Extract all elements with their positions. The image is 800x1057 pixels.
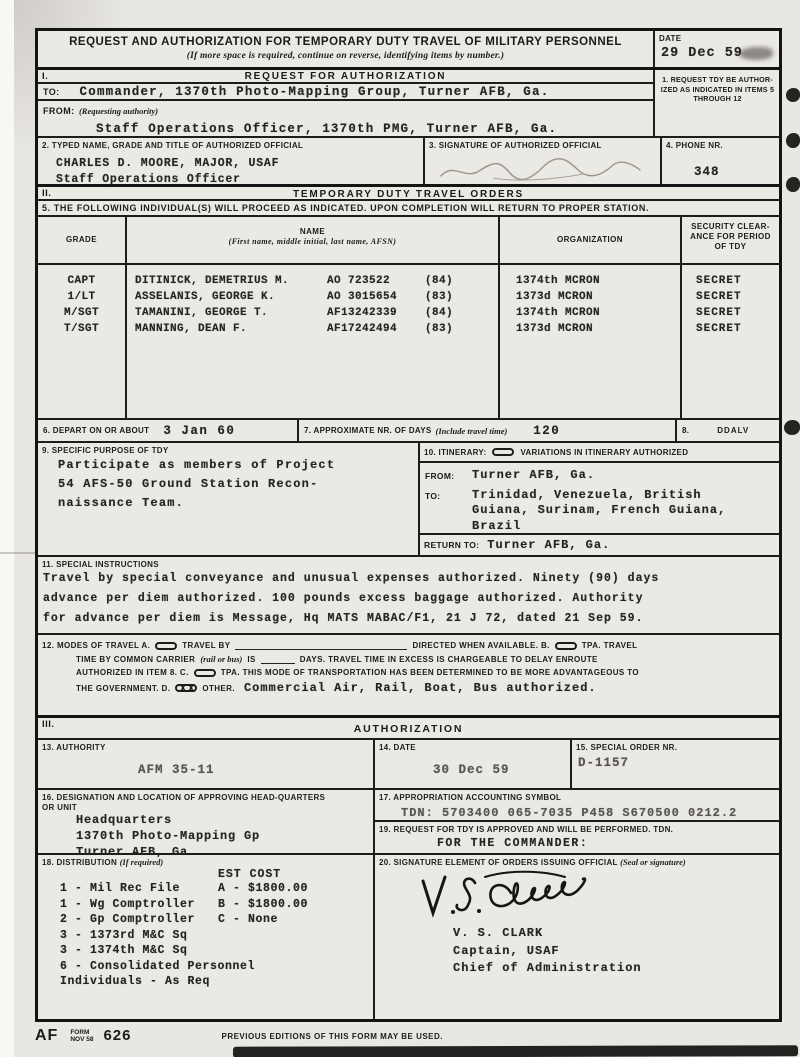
item-18-box: 18. DISTRIBUTION (If required) EST COST … [38, 855, 373, 1019]
date-label: DATE [655, 31, 779, 44]
item-10-box: 10. ITINERARY: VARIATIONS IN ITINERARY A… [418, 443, 779, 555]
section-2-heading: TEMPORARY DUTY TRAVEL ORDERS [38, 187, 779, 199]
item-9-box: 9. SPECIFIC PURPOSE OF TDY Participate a… [38, 443, 418, 555]
item-20-label-text: 20. SIGNATURE ELEMENT OF ORDERS ISSUING … [379, 858, 618, 867]
est-cost-header: EST COST [218, 868, 281, 881]
scan-blob [786, 177, 800, 192]
distribution-item: 6 - Consolidated Personnel [60, 959, 255, 975]
instructions-line: Travel by special conveyance and unusual… [43, 569, 779, 589]
section-1-left: I. REQUEST FOR AUTHORIZATION TO: Command… [38, 70, 653, 136]
item-6-box: 6. DEPART ON OR ABOUT 3 Jan 60 [38, 420, 297, 441]
item-7-box: 7. APPROXIMATE NR. OF DAYS (Include trav… [297, 420, 675, 441]
table-row-org: 1374th MCRON [500, 273, 680, 289]
item-13-box: 13. AUTHORITY AFM 35-11 [38, 740, 373, 788]
af-form-626: REQUEST AND AUTHORIZATION FOR TEMPORARY … [35, 28, 782, 1022]
form-edition: FORM NOV 58 [70, 1027, 93, 1043]
issuing-official-block: V. S. CLARK Captain, USAF Chief of Admin… [453, 925, 642, 978]
form-title-block: REQUEST AND AUTHORIZATION FOR TEMPORARY … [38, 31, 653, 67]
modes-l1d: TPA. TRAVEL [582, 641, 638, 650]
table-row-name: MANNING, DEAN F.AF17242494(83) [127, 321, 498, 337]
depart-date-value: 3 Jan 60 [163, 424, 235, 438]
table-row-grade: CAPT [38, 273, 125, 289]
special-order-value: D-1157 [578, 756, 779, 770]
item-14-box: 14. DATE 30 Dec 59 [373, 740, 570, 788]
item-15-label: 15. SPECIAL ORDER NR. [572, 740, 779, 753]
scan-blob [786, 88, 800, 102]
modes-l1c: DIRECTED WHEN AVAILABLE. B. [412, 641, 549, 650]
official-name: CHARLES D. MOORE, MAJOR, USAF [56, 157, 423, 170]
table-row-org: 1373d MCRON [500, 321, 680, 337]
item-18-label-text: 18. DISTRIBUTION [42, 858, 117, 867]
item-2-box: 2. TYPED NAME, GRADE AND TITLE OF AUTHOR… [38, 138, 423, 184]
itinerary-to-line: Trinidad, Venezuela, British [472, 488, 726, 504]
item-5-label: 5. THE FOLLOWING INDIVIDUAL(S) WILL PROC… [38, 201, 649, 215]
distribution-item: 3 - 1373rd M&C Sq [60, 928, 255, 944]
footer-note: PREVIOUS EDITIONS OF THIS FORM MAY BE US… [221, 1027, 443, 1041]
person-note: (84) [425, 275, 453, 287]
paper-crease [0, 552, 35, 554]
item-20-box: 20. SIGNATURE ELEMENT OF ORDERS ISSUING … [373, 855, 779, 1019]
item-7-note: (Include travel time) [436, 426, 508, 436]
official-title: Staff Operations Officer [56, 173, 423, 186]
modes-l3a: AUTHORIZED IN ITEM 8. C. [76, 668, 189, 677]
est-cost-item: A - $1800.00 [218, 881, 308, 897]
item-4-label: 4. PHONE NR. [662, 138, 779, 151]
items-17-19-column: 17. APPROPRIATION ACCOUNTING SYMBOL TDN:… [373, 790, 779, 853]
issuing-official-rank: Captain, USAF [453, 943, 642, 961]
item-18-label: 18. DISTRIBUTION (If required) [38, 855, 373, 868]
ddalv-label: DDALV [717, 426, 749, 435]
col-header-organization: ORGANIZATION [498, 217, 680, 263]
col-header-clearance-text: SECURITY CLEAR-ANCE FOR PERIOD OF TDY [682, 217, 779, 252]
days-blank [261, 655, 295, 664]
items-2-3-4-row: 2. TYPED NAME, GRADE AND TITLE OF AUTHOR… [38, 138, 779, 187]
from-value: Staff Operations Officer, 1370th PMG, Tu… [96, 122, 653, 136]
items-13-14-15-row: 13. AUTHORITY AFM 35-11 14. DATE 30 Dec … [38, 740, 779, 790]
item-3-label: 3. SIGNATURE OF AUTHORIZED OFFICIAL [425, 138, 660, 151]
from-note: (Requesting authority) [79, 106, 158, 116]
item-17-box: 17. APPROPRIATION ACCOUNTING SYMBOL TDN:… [375, 790, 779, 822]
item-10-note: VARIATIONS IN ITINERARY AUTHORIZED [520, 448, 688, 457]
itinerary-header: 10. ITINERARY: VARIATIONS IN ITINERARY A… [420, 443, 779, 463]
table-row-org: 1374th MCRON [500, 305, 680, 321]
to-label: TO: [38, 87, 60, 97]
item-3-box: 3. SIGNATURE OF AUTHORIZED OFFICIAL [423, 138, 660, 184]
table-row-org: 1373d MCRON [500, 289, 680, 305]
table-row-clearance: SECRET [682, 321, 779, 337]
table-body: CAPT 1/LT M/SGT T/SGT DITINICK, DEMETRIU… [38, 265, 779, 418]
col-header-name-note: (First name, middle initial, last name, … [127, 237, 498, 247]
person-note: (83) [425, 323, 453, 335]
item-13-label: 13. AUTHORITY [38, 740, 373, 753]
itinerary-return-value: Turner AFB, Ga. [487, 538, 610, 552]
person-serial: AF17242494 [327, 321, 425, 337]
grade-column: CAPT 1/LT M/SGT T/SGT [38, 265, 125, 418]
purpose-line: naissance Team. [58, 494, 418, 513]
scan-bottom-bar [233, 1045, 798, 1057]
table-row-clearance: SECRET [682, 305, 779, 321]
person-serial: AO 3015654 [327, 289, 425, 305]
modes-l4a: THE GOVERNMENT. D. [76, 684, 170, 693]
person-serial: AO 723522 [327, 273, 425, 289]
modes-l2b: IS [247, 655, 255, 664]
table-row-name: DITINICK, DEMETRIUS M.AO 723522(84) [127, 273, 498, 289]
for-the-commander-value: FOR THE COMMANDER: [437, 837, 779, 850]
to-value: Commander, 1370th Photo-Mapping Group, T… [80, 85, 550, 99]
travel-by-blank [235, 641, 407, 650]
items-16-17-19-row: 16. DESIGNATION AND LOCATION OF APPROVIN… [38, 790, 779, 855]
organization-column: 1374th MCRON 1373d MCRON 1374th MCRON 13… [498, 265, 680, 418]
section-3-numeral: III. [42, 719, 55, 730]
auth-date-value: 30 Dec 59 [433, 763, 570, 777]
person-name: DITINICK, DEMETRIUS M. [127, 273, 327, 289]
modes-l1b: TRAVEL BY [182, 641, 230, 650]
item-16-box: 16. DESIGNATION AND LOCATION OF APPROVIN… [38, 790, 373, 853]
itinerary-from-label: FROM: [420, 468, 472, 484]
person-name: ASSELANIS, GEORGE K. [127, 289, 327, 305]
modes-line-4: THE GOVERNMENT. D. XX OTHER. Commercial … [42, 680, 779, 697]
date-box: DATE 29 Dec 59 [653, 31, 779, 67]
form-footer: AF FORM NOV 58 626 PREVIOUS EDITIONS OF … [35, 1027, 443, 1045]
modes-l1a: 12. MODES OF TRAVEL A. [42, 641, 150, 650]
section-3-heading: AUTHORIZATION [38, 723, 779, 735]
headquarters-line: 1370th Photo-Mapping Gp [76, 828, 373, 844]
item-9-label: 9. SPECIFIC PURPOSE OF TDY [38, 443, 418, 456]
item-1-box: 1. REQUEST TDY BE AUTHOR-IZED AS INDICAT… [653, 70, 779, 136]
phone-value: 348 [694, 165, 779, 179]
checkbox-x-mark: XX [179, 682, 195, 696]
items-9-10-row: 9. SPECIFIC PURPOSE OF TDY Participate a… [38, 443, 779, 557]
personnel-table: GRADE NAME (First name, middle initial, … [38, 217, 779, 420]
item-15-box: 15. SPECIAL ORDER NR. D-1157 [570, 740, 779, 788]
scan-blob [784, 420, 800, 435]
person-note: (83) [425, 291, 453, 303]
modes-line-2: TIME BY COMMON CARRIER (rail or bus) IS … [42, 653, 779, 667]
col-header-grade: GRADE [38, 217, 125, 263]
item-19-box: 19. REQUEST FOR TDY IS APPROVED AND WILL… [375, 822, 779, 853]
section-2-numeral: II. [42, 188, 51, 199]
table-row-clearance: SECRET [682, 289, 779, 305]
itinerary-body: FROM: Turner AFB, Ga. TO: Trinidad, Vene… [420, 463, 779, 534]
itinerary-to-line: Brazil [472, 519, 726, 535]
to-row: TO: Commander, 1370th Photo-Mapping Grou… [38, 84, 653, 101]
section-2-bar: II. TEMPORARY DUTY TRAVEL ORDERS [38, 187, 779, 201]
authority-value: AFM 35-11 [138, 763, 373, 777]
itinerary-to-value: Trinidad, Venezuela, British Guiana, Sur… [472, 488, 726, 535]
itinerary-to-line: Guiana, Surinam, French Guiana, [472, 503, 726, 519]
est-cost-list: A - $1800.00 B - $1800.00 C - None [218, 881, 308, 928]
item-5-bar: 5. THE FOLLOWING INDIVIDUAL(S) WILL PROC… [38, 201, 779, 217]
section-3-bar: III. AUTHORIZATION [38, 718, 779, 740]
item-8-label: 8. [677, 426, 689, 435]
itinerary-return-row: RETURN TO: Turner AFB, Ga. [420, 533, 779, 555]
itinerary-to-row: TO: Trinidad, Venezuela, British Guiana,… [420, 488, 779, 535]
form-date: NOV 58 [70, 1036, 93, 1043]
clearance-column: SECRET SECRET SECRET SECRET [680, 265, 779, 418]
distribution-item: Individuals - As Req [60, 974, 255, 990]
tpa-c-checkbox [194, 669, 216, 677]
item-7-label: 7. APPROXIMATE NR. OF DAYS [299, 426, 432, 435]
items-18-20-row: 18. DISTRIBUTION (If required) EST COST … [38, 855, 779, 1019]
purpose-line: 54 AFS-50 Ground Station Recon- [58, 475, 418, 494]
accounting-symbol-value: TDN: 5703400 065-7035 P458 S670500 0212.… [401, 806, 779, 820]
section-1-numeral: I. [42, 71, 48, 82]
form-header-row: REQUEST AND AUTHORIZATION FOR TEMPORARY … [38, 31, 779, 70]
instructions-line: advance per diem authorized. 100 pounds … [43, 589, 779, 609]
item-12-box: 12. MODES OF TRAVEL A. TRAVEL BY DIRECTE… [38, 635, 779, 718]
item-18-note: (If required) [120, 857, 164, 867]
itinerary-return-label: RETURN TO: [420, 540, 479, 550]
person-name: MANNING, DEAN F. [127, 321, 327, 337]
table-row-name: TAMANINI, GEORGE T.AF13242339(84) [127, 305, 498, 321]
modes-l2-note: (rail or bus) [200, 654, 242, 664]
other-mode-value: Commercial Air, Rail, Boat, Bus authoriz… [244, 681, 597, 695]
item-4-box: 4. PHONE NR. 348 [660, 138, 779, 184]
itinerary-variations-checkbox [492, 448, 514, 456]
modes-line-1: 12. MODES OF TRAVEL A. TRAVEL BY DIRECTE… [42, 639, 779, 653]
person-name: TAMANINI, GEORGE T. [127, 305, 327, 321]
est-cost-item: B - $1800.00 [218, 897, 308, 913]
scan-edge-strip [0, 0, 14, 1057]
form-word: FORM [70, 1029, 93, 1036]
itinerary-from-row: FROM: Turner AFB, Ga. [420, 468, 779, 484]
item-6-label: 6. DEPART ON OR ABOUT [38, 426, 149, 435]
item-10-label: 10. ITINERARY: [424, 448, 486, 457]
form-subtitle: (If more space is required, continue on … [38, 51, 653, 61]
table-row-grade: T/SGT [38, 321, 125, 337]
col-header-name: NAME (First name, middle initial, last n… [125, 217, 498, 263]
itinerary-to-label: TO: [420, 488, 472, 535]
modes-l2a: TIME BY COMMON CARRIER [76, 655, 195, 664]
signature-issuing-official [415, 867, 595, 925]
item-20-label: 20. SIGNATURE ELEMENT OF ORDERS ISSUING … [375, 855, 779, 868]
from-row: FROM: (Requesting authority) Staff Opera… [38, 101, 653, 136]
issuing-official-name: V. S. CLARK [453, 925, 642, 943]
modes-l3b: TPA. THIS MODE OF TRANSPORTATION HAS BEE… [221, 668, 639, 677]
section-1-row: I. REQUEST FOR AUTHORIZATION TO: Command… [38, 70, 779, 138]
table-header-row: GRADE NAME (First name, middle initial, … [38, 217, 779, 265]
from-label: FROM: [38, 106, 75, 116]
modes-l2c: DAYS. TRAVEL TIME IN EXCESS IS CHARGEABL… [300, 655, 598, 664]
col-header-name-main: NAME [127, 217, 498, 237]
issuing-official-title: Chief of Administration [453, 960, 642, 978]
distribution-item: 3 - 1374th M&C Sq [60, 943, 255, 959]
purpose-line: Participate as members of Project [58, 456, 418, 475]
table-row-name: ASSELANIS, GEORGE K.AO 3015654(83) [127, 289, 498, 305]
item-11-box: 11. SPECIAL INSTRUCTIONS Travel by speci… [38, 557, 779, 635]
item-8-box: 8. DDALV [675, 420, 779, 441]
modes-line-3: AUTHORIZED IN ITEM 8. C. TPA. THIS MODE … [42, 666, 779, 680]
form-number: 626 [103, 1027, 131, 1044]
item-17-label: 17. APPROPRIATION ACCOUNTING SYMBOL [375, 790, 779, 803]
form-title: REQUEST AND AUTHORIZATION FOR TEMPORARY … [38, 36, 653, 48]
other-checkbox-checked: XX [175, 684, 197, 692]
scan-blob [786, 133, 800, 148]
modes-of-travel: 12. MODES OF TRAVEL A. TRAVEL BY DIRECTE… [38, 635, 779, 697]
ink-smudge [739, 47, 773, 60]
name-column: DITINICK, DEMETRIUS M.AO 723522(84) ASSE… [125, 265, 498, 418]
item-19-label: 19. REQUEST FOR TDY IS APPROVED AND WILL… [375, 822, 779, 835]
section-1-bar: I. REQUEST FOR AUTHORIZATION [38, 70, 653, 84]
items-6-7-8-row: 6. DEPART ON OR ABOUT 3 Jan 60 7. APPROX… [38, 420, 779, 443]
agency-label: AF [35, 1027, 58, 1045]
person-serial: AF13242339 [327, 305, 425, 321]
travel-by-checkbox [155, 642, 177, 650]
tpa-b-checkbox [555, 642, 577, 650]
person-note: (84) [425, 307, 453, 319]
item-16-label: 16. DESIGNATION AND LOCATION OF APPROVIN… [38, 790, 338, 812]
signature-authorized-official [433, 154, 648, 184]
col-header-clearance: SECURITY CLEAR-ANCE FOR PERIOD OF TDY [680, 217, 779, 263]
table-row-clearance: SECRET [682, 273, 779, 289]
days-value: 120 [533, 424, 560, 438]
item-14-label: 14. DATE [375, 740, 570, 753]
item-20-note: (Seal or signature) [620, 857, 686, 867]
headquarters-line: Headquarters [76, 812, 373, 828]
item-2-label: 2. TYPED NAME, GRADE AND TITLE OF AUTHOR… [38, 138, 423, 151]
section-1-heading: REQUEST FOR AUTHORIZATION [38, 71, 653, 82]
est-cost-item: C - None [218, 912, 308, 928]
table-row-grade: 1/LT [38, 289, 125, 305]
instructions-line: for advance per diem is Message, Hq MATS… [43, 609, 779, 629]
modes-l4b: OTHER. [202, 684, 235, 693]
itinerary-from-value: Turner AFB, Ga. [472, 468, 595, 484]
table-row-grade: M/SGT [38, 305, 125, 321]
